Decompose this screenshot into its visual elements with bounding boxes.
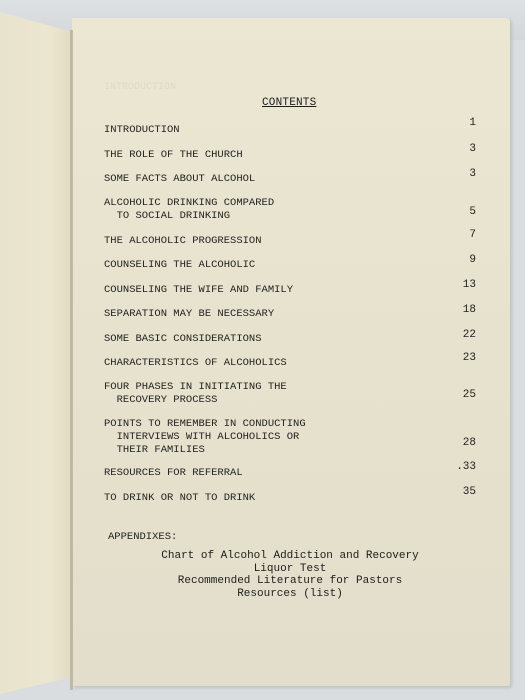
toc-entry-page: .33 <box>456 461 476 474</box>
toc-entry-page: 3 <box>469 168 476 181</box>
toc-entry-page: 25 <box>463 389 476 402</box>
appendixes-heading: APPENDIXES: <box>108 531 177 543</box>
toc-entry-page: 3 <box>469 143 476 156</box>
toc-entry-title: COUNSELING THE WIFE AND FAMILY <box>104 284 293 297</box>
toc-entry-title: SEPARATION MAY BE NECESSARY <box>104 308 274 321</box>
appendix-item: Resources (list) <box>104 588 476 601</box>
toc-entry-title: CHARACTERISTICS OF ALCOHOLICS <box>104 357 287 370</box>
toc-entry-title: POINTS TO REMEMBER IN CONDUCTING INTERVI… <box>104 418 306 457</box>
toc-entry-title: ALCOHOLIC DRINKING COMPARED TO SOCIAL DR… <box>104 197 274 223</box>
left-page <box>0 12 73 694</box>
toc-entry-title: SOME FACTS ABOUT ALCOHOL <box>104 173 255 186</box>
page-title: CONTENTS <box>262 97 316 109</box>
toc-entry-page: 9 <box>469 254 476 267</box>
toc-entry-title: SOME BASIC CONSIDERATIONS <box>104 333 262 346</box>
toc-entry-title: RESOURCES FOR REFERRAL <box>104 467 243 480</box>
toc-entry-page: 13 <box>463 279 476 292</box>
toc-entry-title: COUNSELING THE ALCOHOLIC <box>104 259 255 272</box>
toc-entry-title: TO DRINK OR NOT TO DRINK <box>104 492 255 505</box>
toc-entry-page: 18 <box>463 304 476 317</box>
binding-spine <box>70 30 73 690</box>
appendix-item: Liquor Test <box>104 563 476 576</box>
toc-entry-page: 22 <box>463 329 476 342</box>
appendix-item: Recommended Literature for Pastors <box>104 575 476 588</box>
toc-entry-title: THE ALCOHOLIC PROGRESSION <box>104 235 262 248</box>
toc-entry-page: 7 <box>469 229 476 242</box>
toc-entry-page: 28 <box>463 437 476 450</box>
toc-entry-page: 5 <box>469 206 476 219</box>
toc-entry-page: 35 <box>463 486 476 499</box>
toc-entry-title: FOUR PHASES IN INITIATING THE RECOVERY P… <box>104 381 287 407</box>
toc-entry-title: INTRODUCTION <box>104 124 180 137</box>
toc-entry-page: 1 <box>469 117 476 130</box>
toc-entry-page: 23 <box>463 352 476 365</box>
appendix-item: Chart of Alcohol Addiction and Recovery <box>104 550 476 563</box>
toc-entry-title: THE ROLE OF THE CHURCH <box>104 149 243 162</box>
appendixes-list: Chart of Alcohol Addiction and Recovery … <box>104 550 476 600</box>
